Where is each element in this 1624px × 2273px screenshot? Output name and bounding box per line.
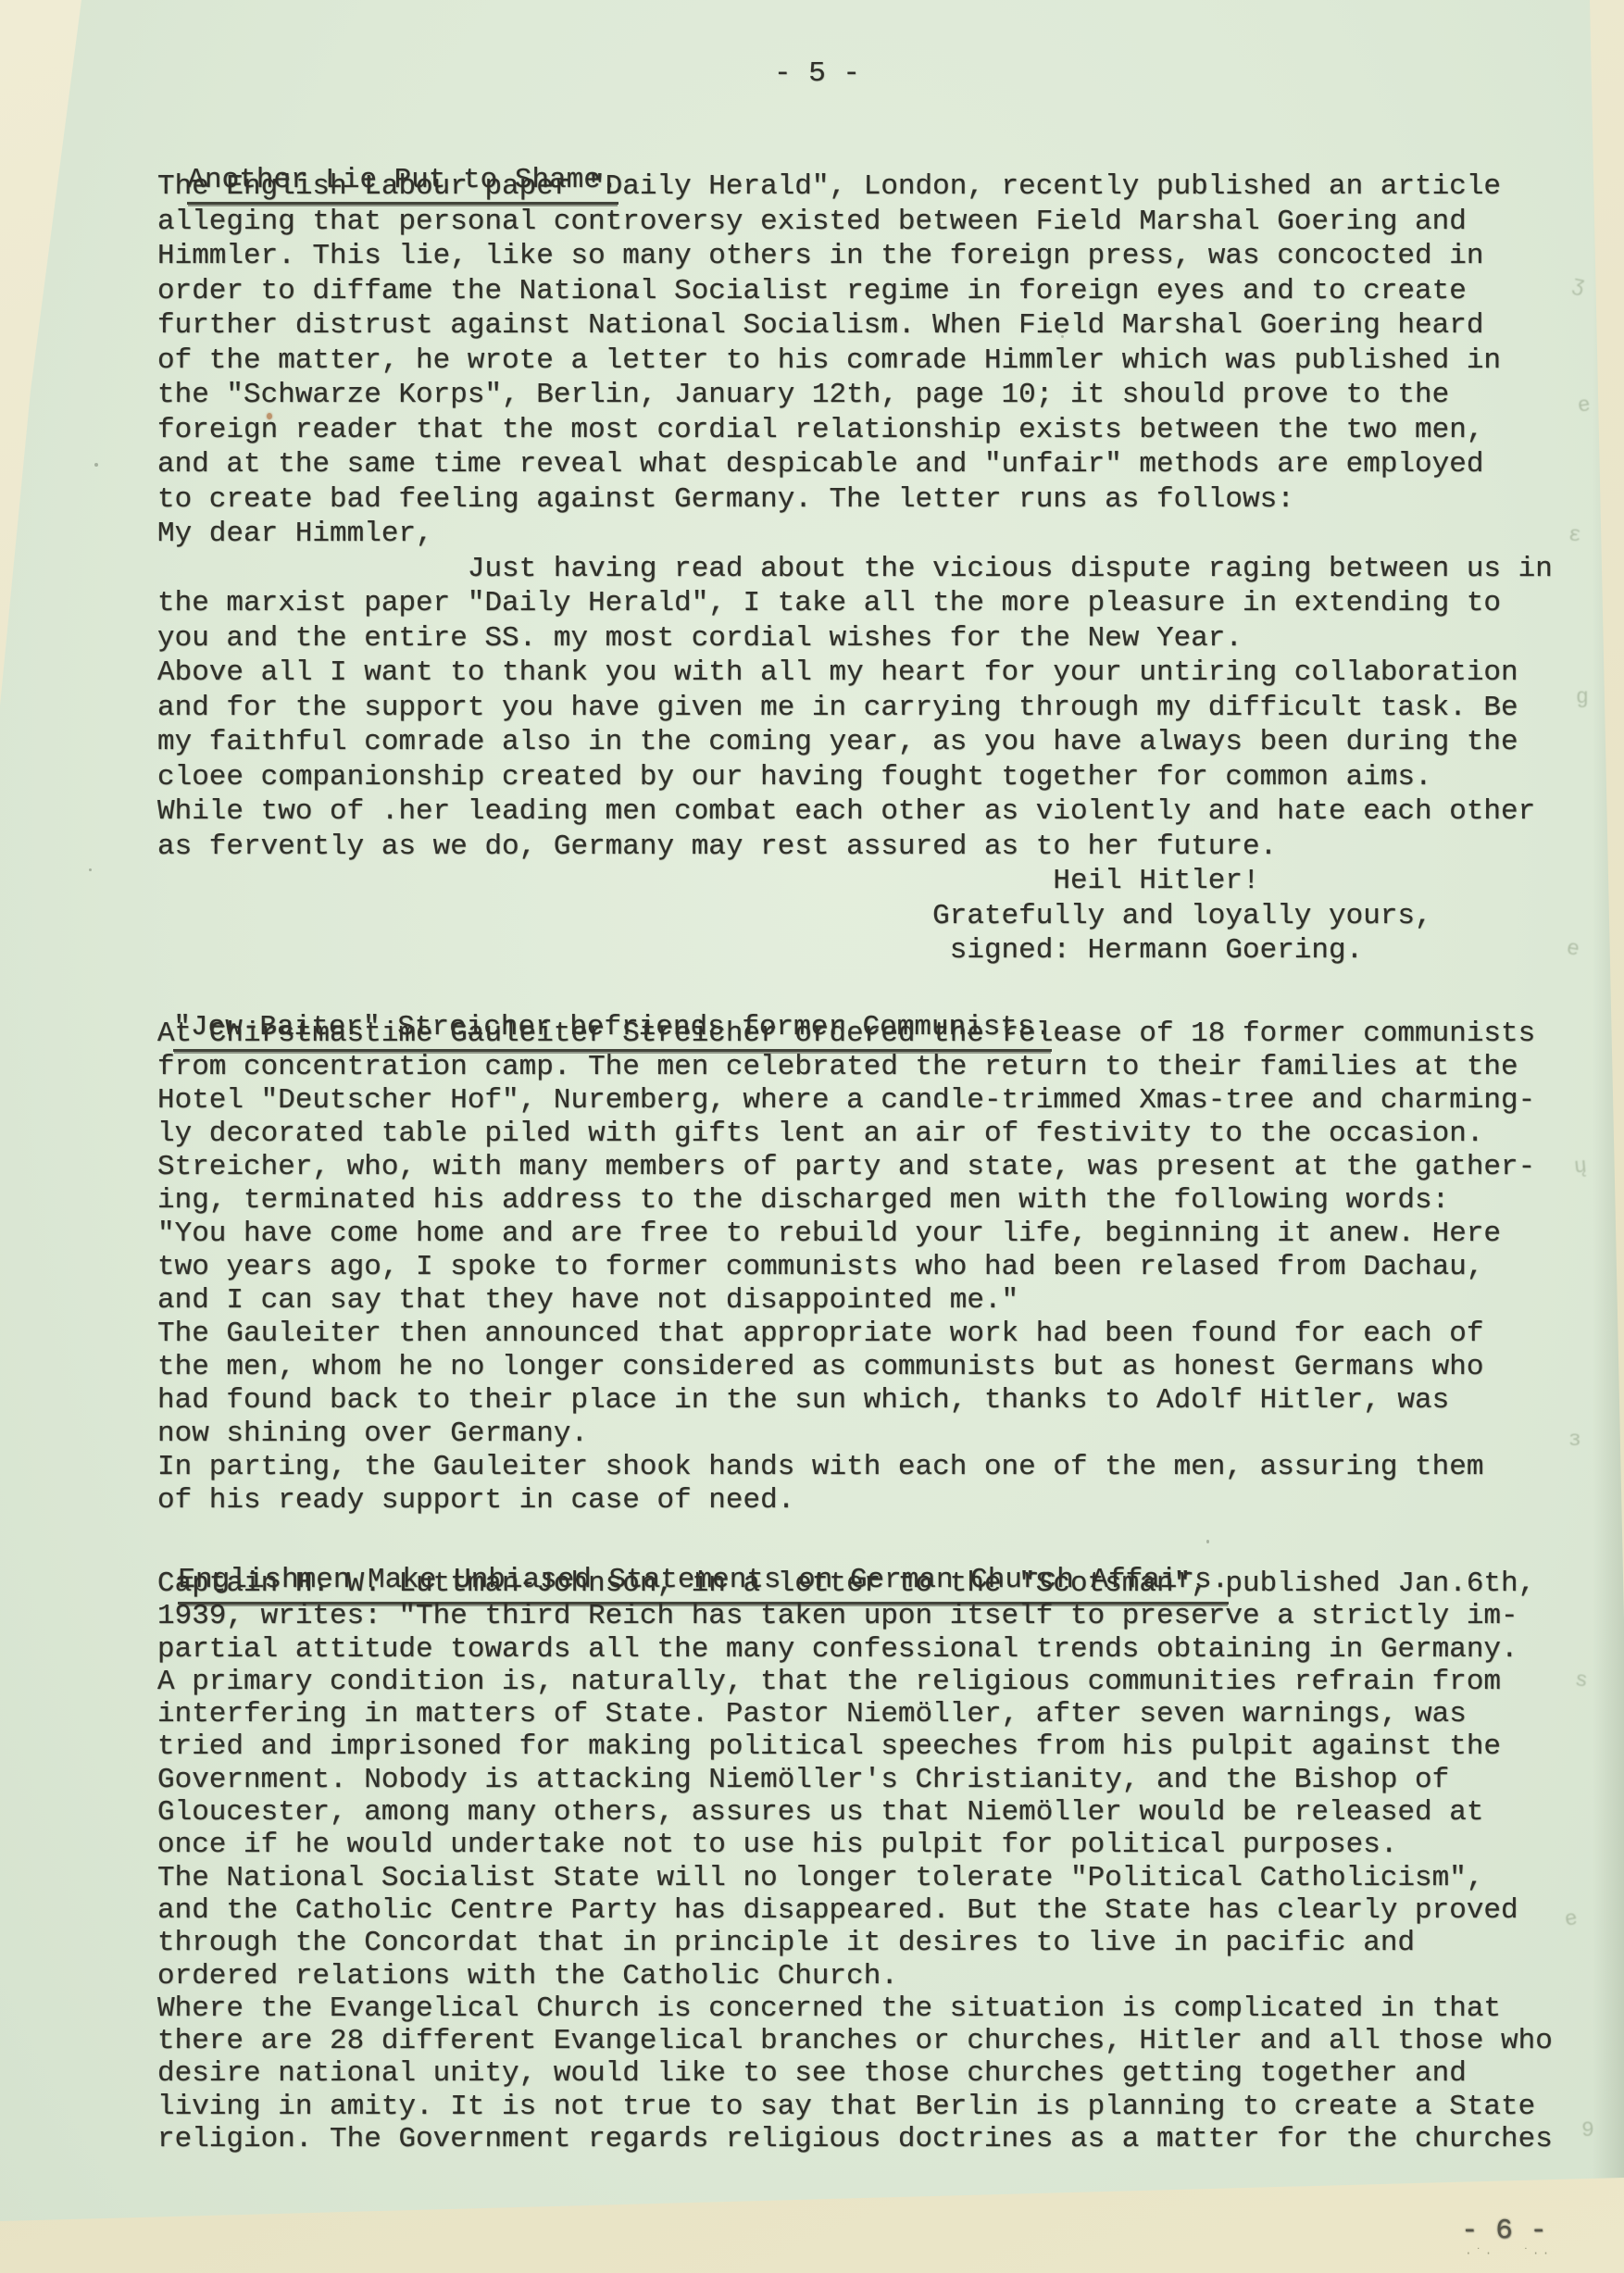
dust-speck (393, 1980, 395, 1983)
next-page-number: - 6 - (1461, 2215, 1547, 2247)
bleedthrough-mark: ɜ (1568, 1428, 1581, 1452)
article-body: At Chirstmastime Gauleiter Streicher ord… (157, 1018, 1535, 1517)
page-number: - 5 - (774, 57, 860, 90)
dust-speck (89, 868, 92, 871)
ink-smudge: ˙·· (1522, 2246, 1552, 2260)
article-body-with-goering-letter: The English Labour paper "Daily Herald",… (157, 169, 1553, 968)
dust-speck (1206, 1540, 1209, 1543)
ink-smudge: ·˙· (1465, 2246, 1494, 2260)
scanned-document-page: - 6 - ·˙· ˙·· - 5 - Another Lie Put to S… (0, 0, 1624, 2273)
bleedthrough-mark: ɛ (1568, 522, 1582, 547)
dust-speck (767, 2100, 770, 2103)
bleedthrough-mark: ų (1573, 1154, 1588, 1179)
dust-speck (94, 463, 98, 467)
rust-speck (267, 413, 272, 419)
bleedthrough-mark: g (1576, 685, 1589, 709)
bleedthrough-mark: 9 (1581, 2118, 1594, 2142)
dust-speck (1061, 335, 1064, 338)
article-body: Captain H. W. Luttman-Johnson, in a lett… (157, 1567, 1553, 2155)
